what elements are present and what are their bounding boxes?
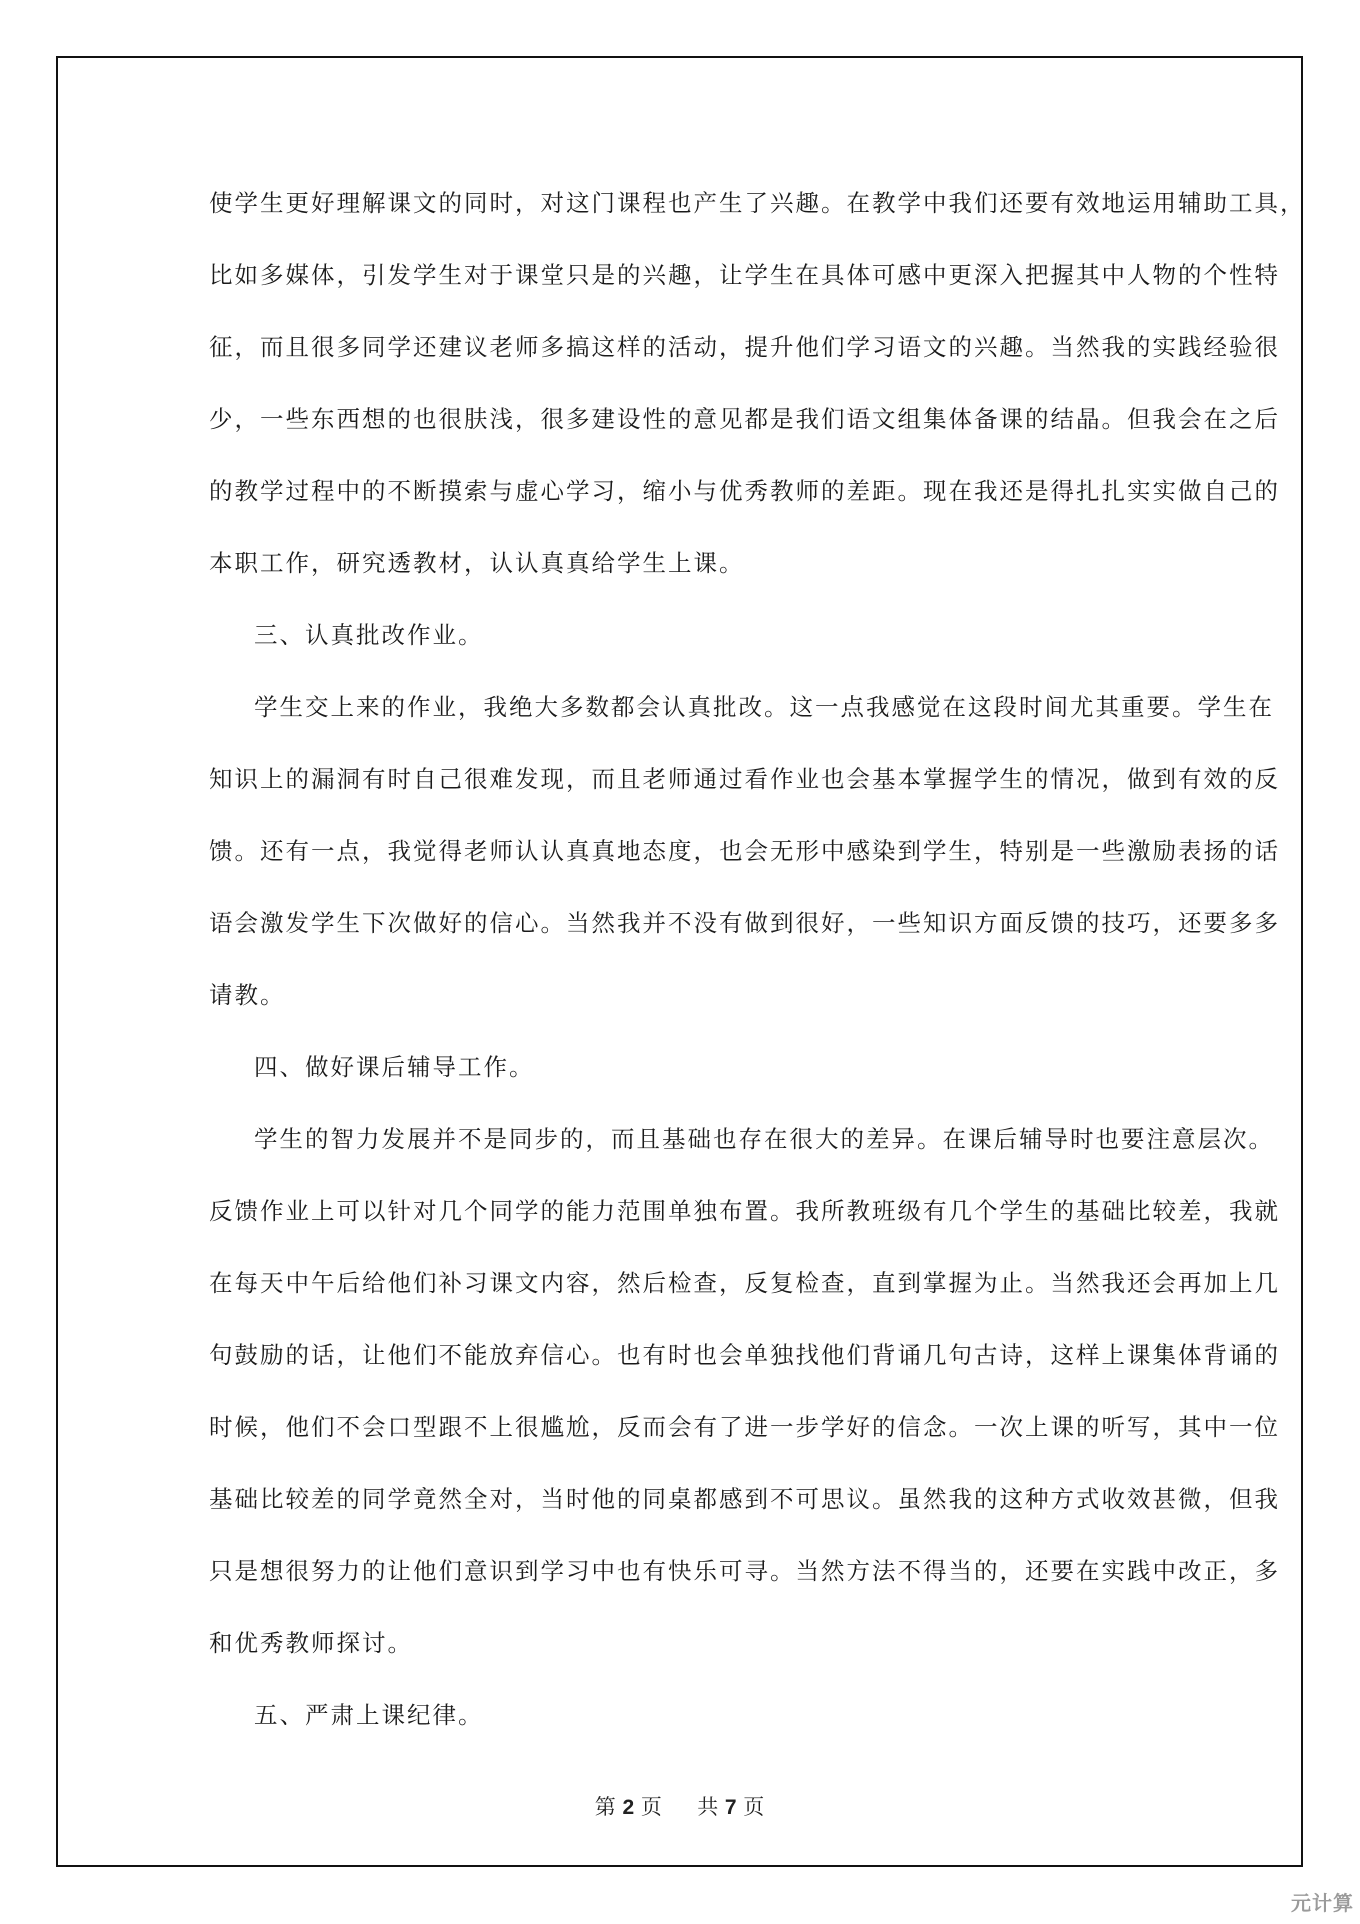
section-heading-4: 四、做好课后辅导工作。 [209,1046,1159,1118]
text-line: 只是想很努力的让他们意识到学习中也有快乐可寻。当然方法不得当的，还要在实践中改正… [209,1550,1159,1622]
document-page: 使学生更好理解课文的同时，对这门课程也产生了兴趣。在教学中我们还要有效地运用辅助… [56,56,1303,1867]
page-footer: 第 2 页 共 7 页 [58,1791,1301,1821]
text-line: 和优秀教师探讨。 [209,1622,1159,1694]
text-line: 基础比较差的同学竟然全对，当时他的同桌都感到不可思议。虽然我的这种方式收效甚微，… [209,1478,1159,1550]
text-line: 请教。 [209,974,1159,1046]
current-page-number: 2 [622,1796,634,1819]
text-line: 学生交上来的作业，我绝大多数都会认真批改。这一点我感觉在这段时间尤其重要。学生在 [209,686,1159,758]
text-line: 学生的智力发展并不是同步的，而且基础也存在很大的差异。在课后辅导时也要注意层次。 [209,1118,1159,1190]
text-line: 征，而且很多同学还建议老师多搞这样的活动，提升他们学习语文的兴趣。当然我的实践经… [209,326,1159,398]
page-suffix: 页 [641,1795,662,1819]
text-line: 时候，他们不会口型跟不上很尴尬，反而会有了进一步学好的信念。一次上课的听写，其中… [209,1406,1159,1478]
text-line: 句鼓励的话，让他们不能放弃信心。也有时也会单独找他们背诵几句古诗，这样上课集体背… [209,1334,1159,1406]
total-prefix: 共 [697,1795,718,1819]
total-suffix: 页 [743,1795,764,1819]
text-line: 知识上的漏洞有时自己很难发现，而且老师通过看作业也会基本掌握学生的情况，做到有效… [209,758,1159,830]
section-heading-3: 三、认真批改作业。 [209,614,1159,686]
document-body: 使学生更好理解课文的同时，对这门课程也产生了兴趣。在教学中我们还要有效地运用辅助… [209,182,1159,1766]
text-line: 在每天中午后给他们补习课文内容，然后检查，反复检查，直到掌握为止。当然我还会再加… [209,1262,1159,1334]
section-heading-5: 五、严肃上课纪律。 [209,1694,1159,1766]
watermark-logo: 元计算 [1291,1887,1354,1916]
total-pages-number: 7 [725,1796,737,1819]
text-line: 使学生更好理解课文的同时，对这门课程也产生了兴趣。在教学中我们还要有效地运用辅助… [209,182,1159,254]
text-line: 少，一些东西想的也很肤浅，很多建设性的意见都是我们语文组集体备课的结晶。但我会在… [209,398,1159,470]
text-line: 比如多媒体，引发学生对于课堂只是的兴趣，让学生在具体可感中更深入把握其中人物的个… [209,254,1159,326]
page-prefix: 第 [595,1795,616,1819]
text-line: 语会激发学生下次做好的信心。当然我并不没有做到很好，一些知识方面反馈的技巧，还要… [209,902,1159,974]
text-line: 本职工作，研究透教材，认认真真给学生上课。 [209,542,1159,614]
text-line: 反馈作业上可以针对几个同学的能力范围单独布置。我所教班级有几个学生的基础比较差，… [209,1190,1159,1262]
text-line: 的教学过程中的不断摸索与虚心学习，缩小与优秀教师的差距。现在我还是得扎扎实实做自… [209,470,1159,542]
text-line: 馈。还有一点，我觉得老师认认真真地态度，也会无形中感染到学生，特别是一些激励表扬… [209,830,1159,902]
